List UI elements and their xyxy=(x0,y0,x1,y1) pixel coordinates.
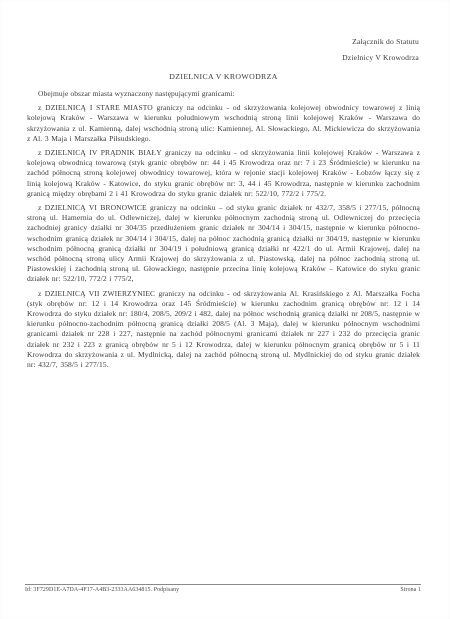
boundary-paragraph-stare-miasto: z DZIELNICĄ I STARE MIASTO graniczy na o… xyxy=(27,103,420,144)
document-id: Id: 3F729D1E-A7DA-4F17-A4B3-2333AA634815… xyxy=(25,587,179,593)
boundary-paragraph-pradnik-bialy: z DZIELNICĄ IV PRĄDNIK BIAŁY graniczy na… xyxy=(27,148,420,199)
document-page: Załącznik do Statutu Dzielnicy V Krowodr… xyxy=(0,0,450,619)
intro-line: Obejmuje obszar miasta wyznaczony następ… xyxy=(27,89,420,99)
boundary-paragraph-bronowice: z DZIELNICĄ VI BRONOWICE graniczy na odc… xyxy=(27,203,420,285)
document-content: Załącznik do Statutu Dzielnicy V Krowodr… xyxy=(27,34,420,370)
attachment-note-line2: Dzielnicy V Krowodrza xyxy=(27,50,419,66)
page-footer: Id: 3F729D1E-A7DA-4F17-A4B3-2333AA634815… xyxy=(25,584,421,593)
attachment-note: Załącznik do Statutu Dzielnicy V Krowodr… xyxy=(27,34,420,66)
attachment-note-line1: Załącznik do Statutu xyxy=(27,34,419,50)
boundary-paragraph-zwierzyniec: z DZIELNICĄ VII ZWIERZYNIEC graniczy na … xyxy=(27,289,420,371)
page-number: Strona 1 xyxy=(400,587,421,593)
document-title: DZIELNICA V KROWODRZA xyxy=(27,72,420,81)
boundary-paragraphs: z DZIELNICĄ I STARE MIASTO graniczy na o… xyxy=(27,103,420,370)
